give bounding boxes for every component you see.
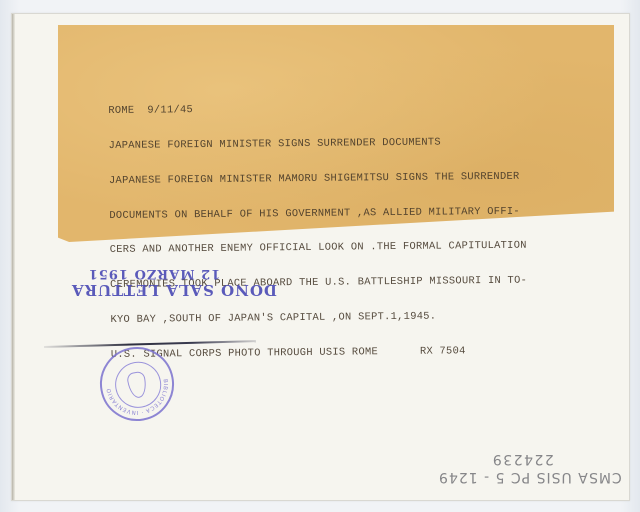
- caption-credit-line: U.S. SIGNAL CORPS PHOTO THROUGH USIS ROM…: [111, 345, 528, 361]
- reading-room-stamp: DONO SALA LETTURA 12 MARZO 1951: [64, 266, 284, 298]
- caption-headline: JAPANESE FOREIGN MINISTER SIGNS SURRENDE…: [109, 137, 526, 153]
- caption-line: DOCUMENTS ON BEHALF OF HIS GOVERNMENT ,A…: [109, 206, 526, 222]
- pencil-archive-annotation: CMSA USIS PC 5 - 1249 224239: [438, 450, 622, 486]
- caption-dateline: ROME 9/11/45: [108, 102, 525, 118]
- caption-line: JAPANESE FOREIGN MINISTER MAMORU SHIGEMI…: [109, 171, 526, 187]
- caption-reference: RX 7504: [420, 345, 466, 357]
- inventory-number: 224239: [438, 450, 622, 468]
- library-round-stamp: BIBLIOTECA · INVENTARIO: [94, 341, 180, 427]
- stamp-line-donation: DONO SALA LETTURA: [64, 281, 284, 298]
- caption-line: KYO BAY ,SOUTH OF JAPAN'S CAPITAL ,ON SE…: [110, 310, 527, 326]
- catalog-number: CMSA USIS PC 5 - 1249: [438, 468, 622, 486]
- stamp-line-date: 12 MARZO 1951: [64, 266, 284, 281]
- caption-line: CERS AND ANOTHER ENEMY OFFICIAL LOOK ON …: [110, 241, 527, 257]
- caption-text-block: ROME 9/11/45 JAPANESE FOREIGN MINISTER S…: [108, 79, 528, 373]
